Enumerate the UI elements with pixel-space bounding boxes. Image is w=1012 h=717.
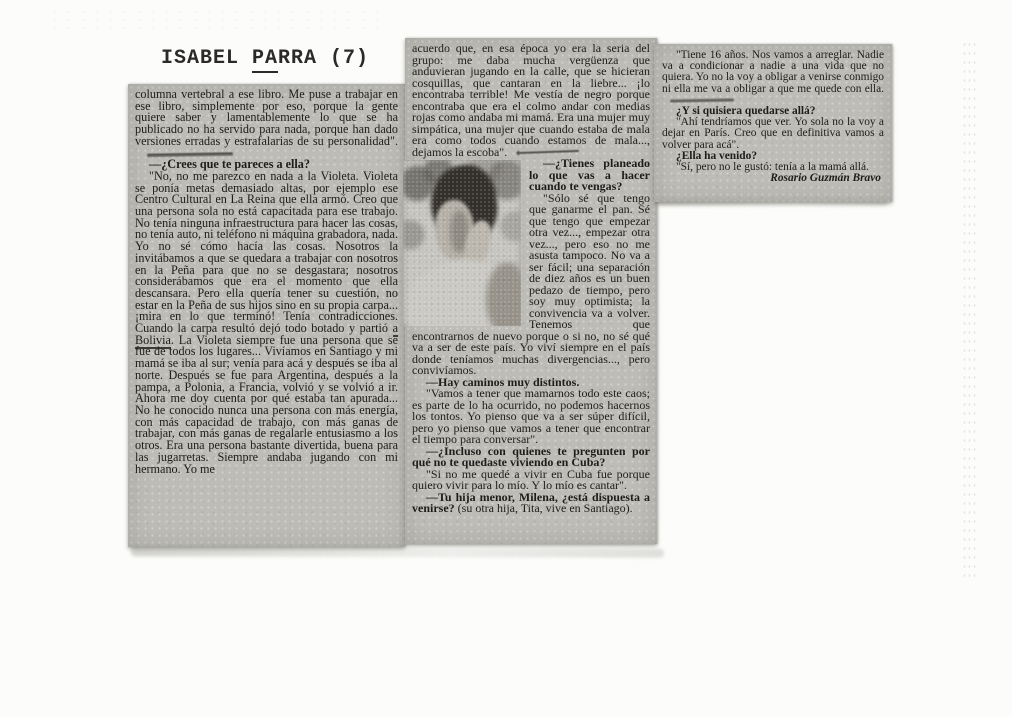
clipping-column-2: acuerdo que, en esa época yo era la seri… bbox=[405, 38, 657, 544]
clipping-column-1: columna vertebral a ese libro. Me puse a… bbox=[128, 84, 405, 547]
text-run: "No, no me parezco en nada a la Violeta.… bbox=[135, 169, 398, 335]
ink-mark bbox=[670, 98, 734, 102]
interview-question: —Tu hija menor, Milena, ¿está dispuesta … bbox=[412, 492, 650, 515]
photo-isabel-parra bbox=[403, 160, 521, 326]
scan-shadow-strip bbox=[131, 547, 664, 557]
interview-question: —¿Incluso con quienes te pregunten por q… bbox=[412, 446, 650, 469]
clipping-column-3: "Tiene 16 años. Nos vamos a arreglar. Na… bbox=[654, 44, 892, 202]
text-run: acuerdo que, en esa época yo era la seri… bbox=[412, 41, 650, 159]
interview-answer: "Si no me quedé a vivir en Cuba fue porq… bbox=[412, 469, 650, 492]
title-text-pre: ISABEL bbox=[161, 47, 252, 70]
photo-grain-overlay bbox=[403, 160, 521, 326]
ink-mark bbox=[147, 152, 233, 156]
ink-arrow-mark bbox=[517, 150, 579, 154]
interview-answer: "Tiene 16 años. Nos vamos a arreglar. Na… bbox=[662, 50, 884, 106]
interview-answer: "Vamos a tener que mamarnos todo este ca… bbox=[412, 388, 650, 446]
title-text-post: RRA (7) bbox=[278, 47, 369, 70]
question-note: (su otra hija, Tita, vive en Santiago). bbox=[455, 501, 633, 515]
page-title: ISABEL PARRA (7) bbox=[161, 47, 369, 70]
byline: Rosario Guzmán Bravo bbox=[662, 173, 884, 184]
interview-answer: "Ahí tendríamos que ver. Yo sola no la v… bbox=[662, 117, 884, 151]
scan-shadow-strip bbox=[658, 201, 887, 206]
text-run: . La Violeta siempre fue una persona que… bbox=[135, 333, 398, 476]
article-paragraph: columna vertebral a ese libro. Me puse a… bbox=[135, 89, 398, 159]
interview-answer: "No, no me parezco en nada a la Violeta.… bbox=[135, 171, 398, 475]
title-text-underlined: PA bbox=[252, 47, 278, 73]
scanner-noise-band bbox=[962, 40, 976, 580]
text-run: columna vertebral a ese libro. Me puse a… bbox=[135, 87, 398, 148]
article-paragraph: acuerdo que, en esa época yo era la seri… bbox=[412, 43, 650, 158]
faint-pencil-marks bbox=[48, 8, 378, 30]
text-run: "Tiene 16 años. Nos vamos a arreglar. Na… bbox=[662, 49, 884, 95]
scanned-newspaper-page: ISABEL PARRA (7) columna vertebral a ese… bbox=[0, 0, 1012, 717]
